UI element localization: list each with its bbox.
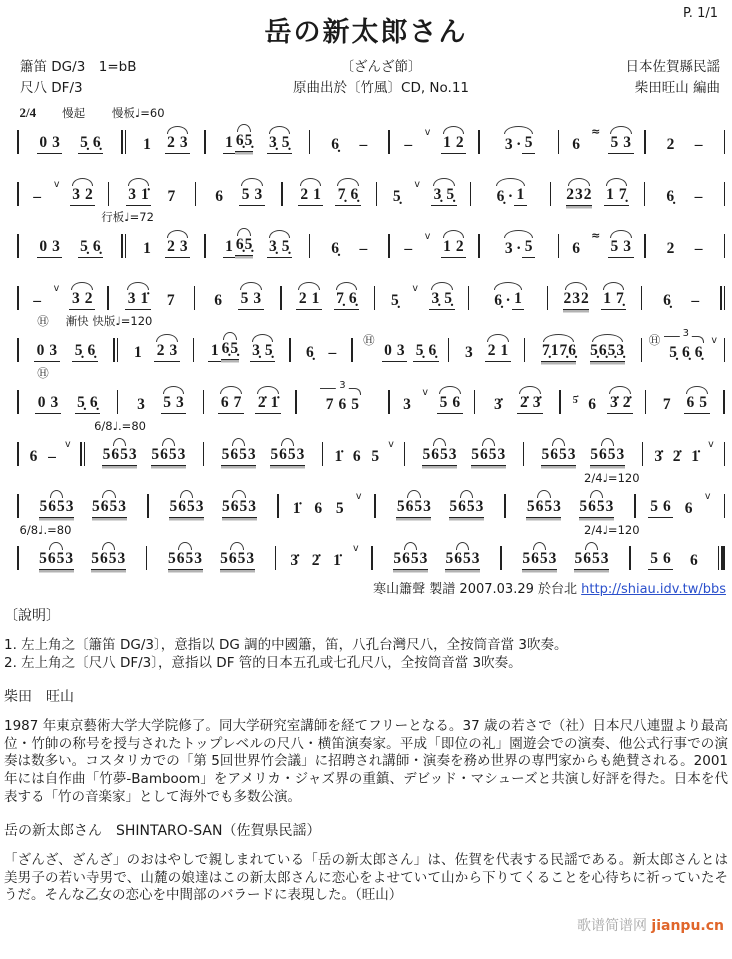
barline-stroke bbox=[108, 182, 110, 206]
note: 5 bbox=[351, 396, 359, 414]
note: 5̣ bbox=[444, 290, 452, 308]
measure: 16̣5̣3̣5̣ bbox=[207, 236, 308, 258]
note: 6̣ bbox=[93, 238, 101, 256]
barline-stroke bbox=[644, 130, 646, 154]
barline-stroke bbox=[641, 338, 643, 362]
beam-group-16th: 232 bbox=[563, 290, 589, 310]
beam-group-16th: 5653 bbox=[590, 446, 625, 466]
barline-stroke bbox=[645, 390, 647, 414]
slur-group: 65 bbox=[160, 446, 178, 464]
note: 6 bbox=[536, 498, 544, 516]
measure: 5̣v3̣5̣ bbox=[378, 186, 469, 206]
measure: 566 bbox=[632, 550, 717, 570]
beam-group-16th: 5653 bbox=[151, 446, 186, 466]
note: 3̣ bbox=[269, 134, 277, 152]
composer-bio: 1987 年東京藝術大学大学院修了。同大学研究室講師を経てフリーとなる。37 歳… bbox=[4, 718, 728, 806]
barline bbox=[474, 390, 476, 414]
beam-group: 23 bbox=[165, 238, 191, 258]
breath-mark: v bbox=[705, 492, 711, 502]
note: 3 bbox=[505, 240, 513, 258]
beam-group: 3̣5̣ bbox=[250, 342, 276, 362]
note: 3 bbox=[549, 550, 557, 568]
note: 7 bbox=[168, 188, 176, 206]
barline bbox=[280, 286, 282, 310]
barline-stroke bbox=[17, 546, 19, 570]
note: 3 bbox=[420, 550, 428, 568]
note: 5̣ bbox=[230, 340, 238, 358]
instrument-tuning-1: 簫笛 DG/3 1=bB bbox=[20, 57, 137, 78]
score-line-3: 行板♩=72035̣6̣12316̣5̣3̣5̣6̣––v123·56≈532– bbox=[16, 209, 726, 258]
barline-stroke bbox=[524, 338, 526, 362]
note: 3 bbox=[72, 186, 80, 204]
note: 5̣ bbox=[80, 134, 88, 152]
measure: 16̣5̣3̣5̣ bbox=[195, 340, 288, 362]
beam-group-16th: 5653 bbox=[169, 498, 204, 518]
slur-group: 3̇2̇ bbox=[607, 394, 633, 414]
note: 5 bbox=[541, 446, 549, 464]
beam-group-16th: 6̣5̣ bbox=[235, 132, 253, 152]
note: 1̇ bbox=[271, 394, 279, 412]
measure: 3̇2̇3̇ bbox=[476, 394, 558, 414]
slur-group: 3̣5̣ bbox=[431, 186, 457, 206]
note: 5 bbox=[463, 550, 471, 568]
slur-group: 65 bbox=[100, 550, 118, 568]
note: 3 bbox=[128, 290, 136, 308]
page-title: 岳の新太郎さん bbox=[0, 0, 732, 49]
note: 6 bbox=[583, 550, 591, 568]
beam-group-16th: 5653 bbox=[579, 498, 614, 518]
note: 3 bbox=[476, 498, 484, 516]
beam-group: 65 bbox=[684, 394, 710, 414]
slur-group: 232 bbox=[566, 186, 592, 206]
barline-stroke bbox=[194, 286, 196, 310]
measure: 566v bbox=[637, 498, 723, 518]
barline-stroke bbox=[125, 130, 127, 154]
barline-stroke bbox=[107, 286, 109, 310]
beam-group-16th: 5653 bbox=[541, 446, 576, 466]
note: 2̇ bbox=[673, 448, 681, 466]
beam-group: 3̣5̣ bbox=[431, 186, 457, 206]
note: 5 bbox=[525, 134, 533, 152]
score-line-4: –v3231̇7653217̣6̣5̣v3̣5̣6̣·123217̣6̣– bbox=[16, 261, 726, 310]
note: 5̣ bbox=[77, 394, 85, 412]
measure: 217̣6̣ bbox=[283, 290, 373, 310]
breath-mark: v bbox=[711, 336, 717, 346]
note: 6 bbox=[452, 394, 460, 412]
barline bbox=[17, 546, 19, 570]
barline bbox=[281, 182, 283, 206]
barline-stroke bbox=[204, 234, 206, 258]
barline bbox=[17, 130, 19, 154]
dash-note: – bbox=[359, 240, 367, 258]
note: 5̣ bbox=[80, 238, 88, 256]
measures-row: 035̣6̣12316̣5̣3̣5̣6̣––v123·56≈532– bbox=[16, 121, 726, 154]
beam-group: 32 bbox=[69, 290, 95, 310]
barline-stroke bbox=[721, 546, 725, 570]
note: 6 bbox=[402, 550, 410, 568]
barline bbox=[724, 182, 726, 206]
barline-stroke bbox=[724, 494, 726, 518]
barline bbox=[547, 286, 549, 310]
slur-group: 65 bbox=[583, 550, 601, 568]
note: 3 bbox=[248, 498, 256, 516]
barline-stroke bbox=[117, 390, 119, 414]
note: 2 bbox=[488, 342, 496, 360]
beam-group: 1 bbox=[514, 186, 527, 206]
slur-group: 65 bbox=[230, 498, 248, 516]
note: 7 bbox=[167, 292, 175, 310]
slur-group: 7̣6̣ bbox=[334, 290, 360, 310]
barline bbox=[644, 182, 646, 206]
beam-group-16th: 5653 bbox=[222, 498, 257, 518]
note: 6 bbox=[177, 550, 185, 568]
beam-group: 3̇2̇ bbox=[607, 394, 633, 414]
barline bbox=[558, 130, 560, 154]
note: 3 bbox=[52, 238, 60, 256]
note: 3 bbox=[51, 394, 59, 412]
slur-group: 3̣5̣ bbox=[429, 290, 455, 310]
barline bbox=[388, 234, 390, 258]
note: 5̣ bbox=[669, 344, 677, 362]
measure: –v32 bbox=[20, 186, 107, 206]
note: 6 bbox=[231, 498, 239, 516]
note: 2 bbox=[456, 238, 464, 256]
barline-stroke bbox=[558, 130, 560, 154]
note: 6̣ bbox=[695, 344, 703, 362]
note: 6̣ bbox=[429, 342, 437, 360]
note: 5 bbox=[371, 448, 379, 466]
measure: 035̣6̣ bbox=[20, 394, 116, 414]
note: 2 bbox=[85, 186, 93, 204]
note: 2 bbox=[85, 290, 93, 308]
beam-group-16th: 5653 bbox=[449, 498, 484, 518]
note: 3 bbox=[128, 186, 136, 204]
note: 3 bbox=[297, 446, 305, 464]
measure: 3v56 bbox=[391, 394, 473, 414]
barline-stroke bbox=[17, 494, 19, 518]
barline bbox=[645, 390, 647, 414]
barline-stroke bbox=[376, 182, 378, 206]
barline bbox=[309, 130, 311, 154]
song-heading: 岳の新太郎さん SHINTARO-SAN（佐賀県民謡） bbox=[4, 822, 728, 840]
note: 1 bbox=[211, 342, 219, 360]
score-line-9: 6/8♩.=802/4♩=12056535653565356533̇2̇1̇v5… bbox=[16, 521, 726, 570]
breath-mark: v bbox=[353, 544, 359, 554]
barline-stroke bbox=[371, 546, 373, 570]
note: 3 bbox=[403, 396, 411, 414]
note: 5 bbox=[590, 446, 598, 464]
note: 5̣ bbox=[391, 292, 399, 310]
barline-stroke bbox=[478, 130, 480, 154]
measure: 672̇1̇ bbox=[205, 394, 294, 414]
slur-group: 65 bbox=[431, 446, 449, 464]
barline bbox=[724, 234, 726, 258]
note: 3̣ bbox=[616, 342, 624, 360]
barline-stroke bbox=[724, 234, 726, 258]
barline-stroke bbox=[275, 546, 277, 570]
barline-stroke bbox=[724, 338, 726, 362]
note: 3 bbox=[129, 446, 137, 464]
note: 5 bbox=[467, 498, 475, 516]
note: 2 bbox=[667, 240, 675, 258]
note: 5 bbox=[579, 498, 587, 516]
note: 7̣ bbox=[616, 290, 624, 308]
beam-group-16th: 5653 bbox=[92, 498, 127, 518]
barline-stroke bbox=[277, 494, 279, 518]
slur-group: 6̣5̣ bbox=[235, 132, 253, 152]
note: 3̇ bbox=[494, 396, 502, 414]
barline bbox=[147, 494, 149, 518]
note: 5 bbox=[393, 550, 401, 568]
barline-stroke bbox=[113, 338, 115, 362]
slur-group: 65 bbox=[454, 550, 472, 568]
slur-group: 65 bbox=[599, 446, 617, 464]
line-annotations: 2/4慢起慢板♩=60 bbox=[16, 105, 726, 121]
note: 2̇ bbox=[258, 394, 266, 412]
slur-group: 65 bbox=[458, 498, 476, 516]
explanation-section: 〔說明〕 1. 左上角之〔簫笛 DG/3〕，意指以 DG 調的中國簫，笛，八孔台… bbox=[0, 607, 732, 905]
measure: 217̣6̣ bbox=[284, 186, 375, 206]
note: 6 bbox=[30, 448, 38, 466]
note: 2 bbox=[300, 186, 308, 204]
beam-group: 12 bbox=[441, 238, 467, 258]
note: 5 bbox=[151, 446, 159, 464]
breath-mark: v bbox=[414, 180, 420, 190]
note: 2 bbox=[563, 290, 571, 308]
dash-note: – bbox=[695, 136, 703, 154]
barline-stroke bbox=[629, 546, 631, 570]
note: 0 bbox=[39, 134, 47, 152]
note: 5 bbox=[222, 498, 230, 516]
beam-group-16th: 5653 bbox=[270, 446, 305, 466]
barline-stroke bbox=[504, 494, 506, 518]
note: 5 bbox=[39, 550, 47, 568]
note: 5 bbox=[288, 446, 296, 464]
note: 5 bbox=[611, 238, 619, 256]
barline bbox=[17, 286, 19, 310]
dash-note: – bbox=[404, 240, 412, 258]
website-link[interactable]: http://shiau.idv.tw/bbs bbox=[581, 582, 726, 597]
time-signature: 2/4 bbox=[20, 105, 37, 121]
slur-group: 6̣·1 bbox=[494, 186, 527, 206]
slur-group: 53 bbox=[238, 290, 264, 310]
meta-left: 簫笛 DG/3 1=bB 尺八 DF/3 bbox=[20, 57, 137, 99]
note: 6 bbox=[111, 446, 119, 464]
note: 5 bbox=[239, 446, 247, 464]
beam-group: 21 bbox=[296, 290, 322, 310]
note: 7̣ bbox=[336, 290, 344, 308]
line-annotations: 行板♩=72 bbox=[16, 209, 726, 225]
meta-right: 日本佐賀縣民謡 柴田旺山 編曲 bbox=[626, 57, 721, 99]
note: 5 bbox=[241, 290, 249, 308]
measure: 653 bbox=[196, 290, 279, 310]
note: 5 bbox=[471, 446, 479, 464]
slur-group: 65 bbox=[588, 498, 606, 516]
barline-stroke bbox=[84, 442, 86, 466]
tempo-marking: 6/8♩.=80 bbox=[94, 419, 146, 433]
watermark: 歌谱简谱网 jianpu.cn bbox=[0, 915, 732, 935]
slur-group: 7̣17̣6̣ bbox=[541, 342, 576, 362]
slur-group: 5̣6̣5̣3̣ bbox=[590, 342, 625, 362]
beam-group-16th: 5653 bbox=[471, 446, 506, 466]
barline-stroke bbox=[117, 338, 119, 362]
double-barline bbox=[121, 130, 126, 154]
note: 5 bbox=[559, 446, 567, 464]
slur-group: 65 bbox=[535, 498, 553, 516]
barline-stroke bbox=[295, 390, 297, 414]
beam-group: 67 bbox=[218, 394, 244, 414]
barline-stroke bbox=[17, 338, 19, 362]
beam-group: 23 bbox=[154, 342, 180, 362]
final-barline bbox=[718, 546, 726, 570]
slur-group: 65 bbox=[176, 550, 194, 568]
beam-group-16th: 5653 bbox=[526, 498, 561, 518]
measure: 6̣·1 bbox=[472, 186, 548, 206]
note: 5 bbox=[397, 498, 405, 516]
barline-stroke bbox=[195, 182, 197, 206]
barline bbox=[724, 130, 726, 154]
barline-stroke bbox=[146, 546, 148, 570]
measure: 6̣– bbox=[646, 188, 722, 206]
barline-stroke bbox=[147, 494, 149, 518]
barline bbox=[275, 546, 277, 570]
dash-note: – bbox=[328, 344, 336, 362]
slur-group: 23 bbox=[165, 238, 191, 258]
beam-group-16th: 5653 bbox=[422, 446, 457, 466]
note: 6 bbox=[178, 498, 186, 516]
barline bbox=[642, 442, 644, 466]
note: 3 bbox=[397, 342, 405, 360]
circled-h-mark: Ⓗ bbox=[649, 335, 661, 347]
dash-note: – bbox=[695, 240, 703, 258]
measure: 2– bbox=[647, 136, 723, 154]
measures-row: 56535653565356531̇65v5653565356535653566… bbox=[16, 485, 726, 518]
barline bbox=[559, 390, 561, 414]
note: 2 bbox=[456, 134, 464, 152]
slur-group: 3·5 bbox=[502, 238, 535, 258]
note: 5 bbox=[489, 446, 497, 464]
measure: 5̇63̇2̇ bbox=[562, 394, 644, 414]
note: 6 bbox=[48, 498, 56, 516]
note: 3 bbox=[449, 446, 457, 464]
breath-mark: v bbox=[54, 284, 60, 294]
barline bbox=[193, 338, 195, 362]
note: 6̣ bbox=[93, 134, 101, 152]
note: 6 bbox=[431, 446, 439, 464]
measure: 6̣– bbox=[643, 292, 719, 310]
barline bbox=[117, 390, 119, 414]
note: 3 bbox=[66, 498, 74, 516]
barline-stroke bbox=[720, 286, 722, 310]
barline bbox=[634, 494, 636, 518]
measure: 3765 bbox=[298, 396, 387, 414]
note: 1 bbox=[443, 238, 451, 256]
beam-group-16th: 5653 bbox=[168, 550, 203, 570]
note: 2 bbox=[667, 136, 675, 154]
note: 7̣ bbox=[619, 186, 627, 204]
note: 5 bbox=[611, 134, 619, 152]
beam-group: 3̣5̣ bbox=[267, 134, 293, 154]
barline bbox=[203, 442, 205, 466]
note: 5 bbox=[170, 498, 178, 516]
barline-stroke bbox=[203, 442, 205, 466]
measure: 6̣·1 bbox=[470, 290, 546, 310]
measures-row: 6–v56535653565356531̇65v5653565356535653… bbox=[16, 433, 726, 466]
note: 3̇ bbox=[533, 394, 541, 412]
barline-stroke bbox=[474, 390, 476, 414]
note: 5 bbox=[222, 446, 230, 464]
note: 6 bbox=[663, 498, 671, 516]
barline bbox=[641, 338, 643, 362]
note: 5 bbox=[103, 446, 111, 464]
measures-row: –v3231̇7653217̣6̣5̣v3̣5̣6̣·123217̣6̣– bbox=[16, 173, 726, 206]
note: 5 bbox=[540, 550, 548, 568]
augmentation-dot: · bbox=[516, 136, 521, 154]
note: 2̇ bbox=[520, 394, 528, 412]
note: 6 bbox=[572, 240, 580, 258]
note: 3 bbox=[572, 290, 580, 308]
explanation-item-1: 1. 左上角之〔簫笛 DG/3〕，意指以 DG 調的中國簫，笛，八孔台灣尺八，全… bbox=[4, 637, 728, 655]
note: 6 bbox=[100, 550, 108, 568]
note: 5̣ bbox=[265, 342, 273, 360]
barline-stroke bbox=[193, 338, 195, 362]
note: 5 bbox=[163, 394, 171, 412]
slur-group: 17̣ bbox=[601, 290, 627, 310]
source-note: 原曲出於〔竹風〕CD, No.11 bbox=[293, 78, 469, 99]
beam-group-16th: 5653 bbox=[522, 550, 557, 570]
note: 6̣ bbox=[349, 290, 357, 308]
note: 6 bbox=[229, 550, 237, 568]
note: 5̣ bbox=[282, 134, 290, 152]
measure: 6≈53 bbox=[560, 238, 643, 258]
breath-mark: v bbox=[65, 440, 71, 450]
grace-note: 5̇ bbox=[573, 395, 578, 406]
note: 5 bbox=[109, 550, 117, 568]
slur-group: 21 bbox=[485, 342, 511, 362]
double-barline bbox=[720, 286, 725, 310]
score-line-2: –v3231̇7653217̣6̣5̣v3̣5̣6̣·123217̣6̣– bbox=[16, 157, 726, 206]
note: 6̣ bbox=[331, 240, 339, 258]
tempo-marking: 漸快 快版♩=120 bbox=[66, 313, 153, 329]
note: 5 bbox=[120, 446, 128, 464]
dash-note: – bbox=[359, 136, 367, 154]
beam-group: 7̣6̣ bbox=[334, 290, 360, 310]
note: 2 bbox=[566, 186, 574, 204]
note: 2 bbox=[167, 134, 175, 152]
arranger-label: 柴田旺山 編曲 bbox=[626, 78, 721, 99]
beam-group-16th: 5653 bbox=[574, 550, 609, 570]
barline bbox=[195, 182, 197, 206]
barline bbox=[470, 182, 472, 206]
slur-group: 67 bbox=[218, 394, 244, 414]
note: 5 bbox=[238, 550, 246, 568]
measure: –v12 bbox=[391, 238, 478, 258]
barline-stroke bbox=[724, 182, 726, 206]
meta-center: 〔ざんざ節〕 原曲出於〔竹風〕CD, No.11 bbox=[293, 57, 469, 99]
note: 6̣ bbox=[666, 188, 674, 206]
note: 2 bbox=[167, 238, 175, 256]
note: 5 bbox=[169, 446, 177, 464]
barline bbox=[376, 182, 378, 206]
beam-group: 1 bbox=[512, 290, 525, 310]
barline-stroke bbox=[500, 546, 502, 570]
slur-group: 65 bbox=[480, 446, 498, 464]
note: 3 bbox=[253, 290, 261, 308]
note: 3 bbox=[49, 342, 57, 360]
barline-stroke bbox=[289, 338, 291, 362]
note: 3 bbox=[118, 498, 126, 516]
measure: 16̣5̣3̣5̣ bbox=[207, 132, 308, 154]
